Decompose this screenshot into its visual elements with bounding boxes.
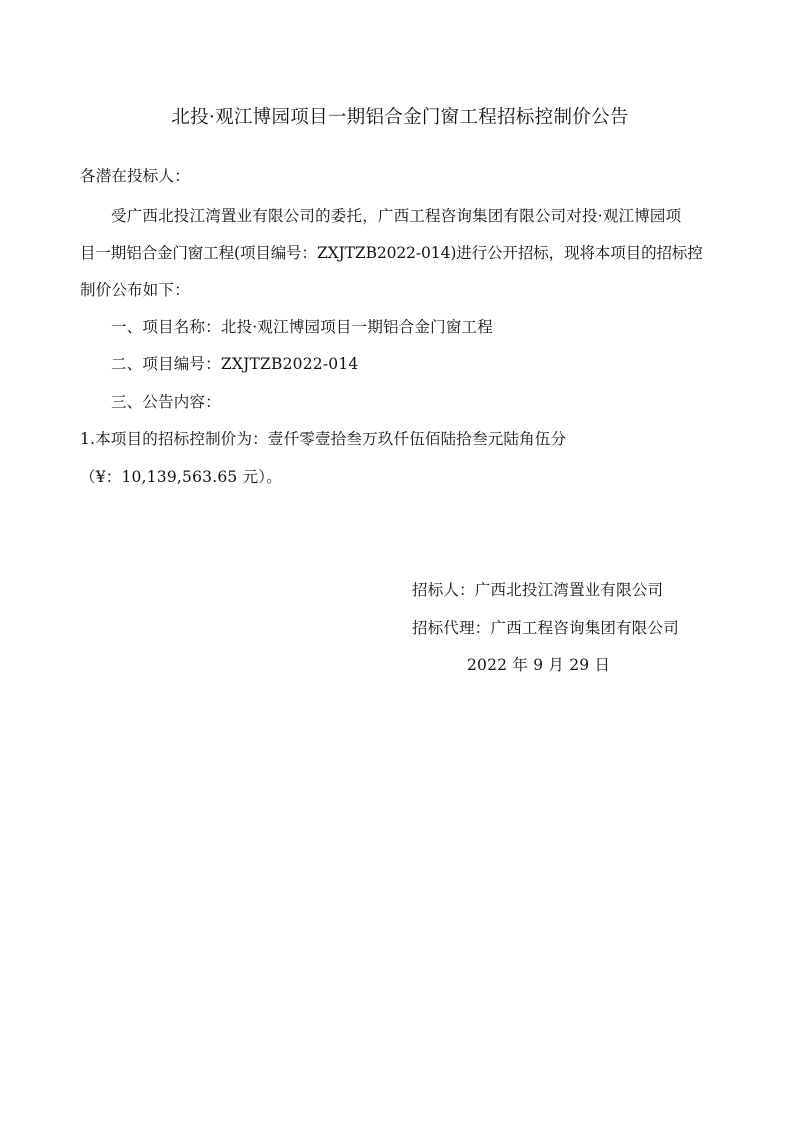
- intro-line-3: 制价公布如下：: [80, 280, 190, 300]
- intro-line-2: 目一期铝合金门窗工程(项目编号：ZXJTZB2022-014)进行公开招标，现将…: [80, 243, 703, 263]
- document-page: 北投·观江博园项目一期铝合金门窗工程招标控制价公告 各潜在投标人： 受广西北投江…: [0, 0, 800, 1131]
- intro-line-1: 受广西北投江湾置业有限公司的委托，广西工程咨询集团有限公司对投·观江博园项: [111, 206, 681, 226]
- section-project-name: 一、项目名称：北投·观江博园项目一期铝合金门窗工程: [111, 317, 493, 337]
- agent-signature: 招标代理：广西工程咨询集团有限公司: [412, 618, 679, 638]
- document-title: 北投·观江博园项目一期铝合金门窗工程招标控制价公告: [0, 106, 800, 130]
- salutation: 各潜在投标人：: [80, 166, 190, 186]
- control-price-line: 1.本项目的招标控制价为：壹仟零壹拾叁万玖仟伍佰陆拾叁元陆角伍分: [80, 429, 566, 449]
- section-project-number: 二、项目编号：ZXJTZB2022-014: [111, 354, 359, 374]
- announcement-date: 2022 年 9 月 29 日: [467, 655, 610, 675]
- control-price-amount: （¥：10,139,563.65 元）。: [80, 467, 282, 487]
- tenderer-signature: 招标人：广西北投江湾置业有限公司: [412, 580, 663, 600]
- section-announcement-content: 三、公告内容：: [111, 392, 221, 412]
